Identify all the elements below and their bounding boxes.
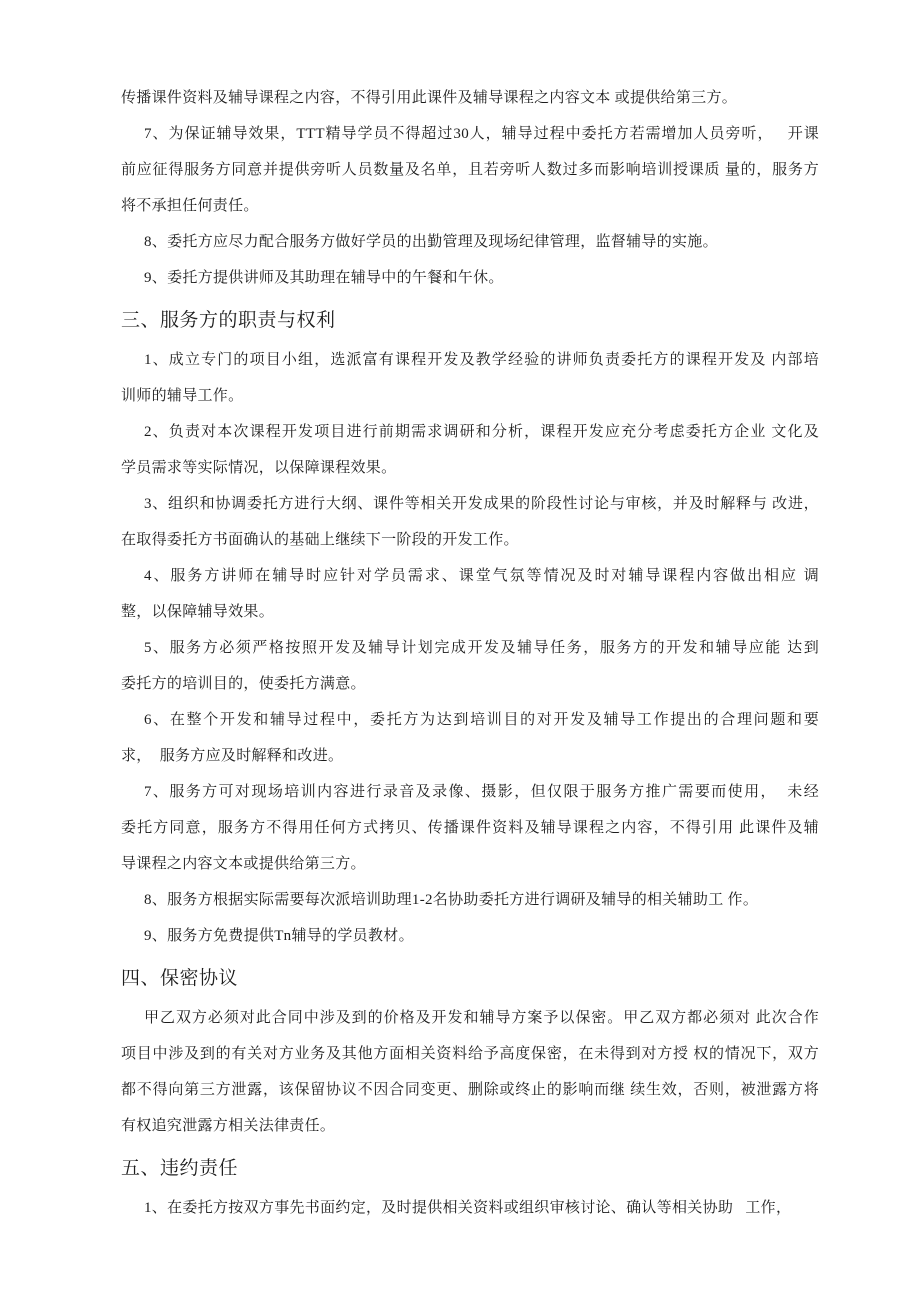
paragraph: 6、在整个开发和辅导过程中，委托方为达到培训目的对开发及辅导工作提出的合理问题和… [121, 702, 819, 774]
paragraph-line: 导课程之内容文本或提供给第三方。 [121, 846, 819, 882]
paragraph-line: 2、负责对本次课程开发项目进行前期需求调研和分析，课程开发应充分考虑委托方企业 … [121, 414, 819, 450]
paragraph-line: 委托方同意，服务方不得用任何方式拷贝、传播课件资料及辅导课程之内容，不得引用 此… [121, 810, 819, 846]
paragraph-line: 甲乙双方必须对此合同中涉及到的价格及开发和辅导方案予以保密。甲乙双方都必须对 此… [121, 1000, 819, 1036]
paragraph-line: 8、服务方根据实际需要每次派培训助理1-2名协助委托方进行调研及辅导的相关辅助工… [121, 882, 819, 918]
paragraph: 7、服务方可对现场培训内容进行录音及录像、摄影，但仅限于服务方推广需要而使用， … [121, 774, 819, 882]
paragraph: 7、为保证辅导效果，TTT精导学员不得超过30人，辅导过程中委托方若需增加人员旁… [121, 116, 819, 224]
paragraph: 2、负责对本次课程开发项目进行前期需求调研和分析，课程开发应充分考虑委托方企业 … [121, 414, 819, 486]
paragraph-line: 传播课件资料及辅导课程之内容，不得引用此课件及辅导课程之内容文本 或提供给第三方… [121, 80, 819, 116]
paragraph-line: 7、为保证辅导效果，TTT精导学员不得超过30人，辅导过程中委托方若需增加人员旁… [121, 116, 819, 152]
paragraph-line: 学员需求等实际情况，以保障课程效果。 [121, 450, 819, 486]
paragraph-line: 8、委托方应尽力配合服务方做好学员的出勤管理及现场纪律管理，监督辅导的实施。 [121, 224, 819, 260]
paragraph: 9、服务方免费提供Tn辅导的学员教材。 [121, 918, 819, 954]
paragraph-line: 7、服务方可对现场培训内容进行录音及录像、摄影，但仅限于服务方推广需要而使用， … [121, 774, 819, 810]
paragraph-line: 整，以保障辅导效果。 [121, 594, 819, 630]
paragraph-line: 项目中涉及到的有关对方业务及其他方面相关资料给予高度保密，在未得到对方授 权的情… [121, 1036, 819, 1072]
paragraph-line: 5、服务方必须严格按照开发及辅导计划完成开发及辅导任务，服务方的开发和辅导应能 … [121, 630, 819, 666]
paragraph: 甲乙双方必须对此合同中涉及到的价格及开发和辅导方案予以保密。甲乙双方都必须对 此… [121, 1000, 819, 1144]
paragraph-line: 9、委托方提供讲师及其助理在辅导中的午餐和午休。 [121, 260, 819, 296]
paragraph-line: 4、服务方讲师在辅导时应针对学员需求、课堂气氛等情况及时对辅导课程内容做出相应 … [121, 558, 819, 594]
section-heading: 四、保密协议 [121, 961, 819, 997]
paragraph-line: 前应征得服务方同意并提供旁听人员数量及名单，且若旁听人数过多而影响培训授课质 量… [121, 152, 819, 188]
section-heading: 五、违约责任 [121, 1151, 819, 1187]
paragraph: 4、服务方讲师在辅导时应针对学员需求、课堂气氛等情况及时对辅导课程内容做出相应 … [121, 558, 819, 630]
paragraph-line: 6、在整个开发和辅导过程中，委托方为达到培训目的对开发及辅导工作提出的合理问题和… [121, 702, 819, 738]
paragraph: 3、组织和协调委托方进行大纲、课件等相关开发成果的阶段性讨论与审核，并及时解释与… [121, 486, 819, 558]
paragraph: 8、委托方应尽力配合服务方做好学员的出勤管理及现场纪律管理，监督辅导的实施。 [121, 224, 819, 260]
paragraph-line: 求， 服务方应及时解释和改进。 [121, 738, 819, 774]
paragraph-line: 1、成立专门的项目小组，选派富有课程开发及教学经验的讲师负责委托方的课程开发及 … [121, 342, 819, 378]
paragraph: 1、在委托方按双方事先书面约定，及时提供相关资料或组织审核讨论、确认等相关协助 … [121, 1190, 819, 1226]
paragraph: 8、服务方根据实际需要每次派培训助理1-2名协助委托方进行调研及辅导的相关辅助工… [121, 882, 819, 918]
paragraph-line: 9、服务方免费提供Tn辅导的学员教材。 [121, 918, 819, 954]
document-page: 传播课件资料及辅导课程之内容，不得引用此课件及辅导课程之内容文本 或提供给第三方… [121, 80, 819, 1226]
paragraph-line: 将不承担任何责任。 [121, 188, 819, 224]
paragraph-line: 在取得委托方书面确认的基础上继续下一阶段的开发工作。 [121, 522, 819, 558]
paragraph-line: 训师的辅导工作。 [121, 378, 819, 414]
paragraph-line: 1、在委托方按双方事先书面约定，及时提供相关资料或组织审核讨论、确认等相关协助 … [121, 1190, 819, 1226]
section-heading: 三、服务方的职责与权利 [121, 303, 819, 339]
paragraph: 1、成立专门的项目小组，选派富有课程开发及教学经验的讲师负责委托方的课程开发及 … [121, 342, 819, 414]
paragraph: 5、服务方必须严格按照开发及辅导计划完成开发及辅导任务，服务方的开发和辅导应能 … [121, 630, 819, 702]
paragraph: 9、委托方提供讲师及其助理在辅导中的午餐和午休。 [121, 260, 819, 296]
paragraph-line: 有权追究泄露方相关法律责任。 [121, 1108, 819, 1144]
paragraph-line: 3、组织和协调委托方进行大纲、课件等相关开发成果的阶段性讨论与审核，并及时解释与… [121, 486, 819, 522]
paragraph-line: 委托方的培训目的，使委托方满意。 [121, 666, 819, 702]
paragraph-line: 都不得向第三方泄露，该保留协议不因合同变更、删除或终止的影响而继 续生效，否则，… [121, 1072, 819, 1108]
paragraph: 传播课件资料及辅导课程之内容，不得引用此课件及辅导课程之内容文本 或提供给第三方… [121, 80, 819, 116]
